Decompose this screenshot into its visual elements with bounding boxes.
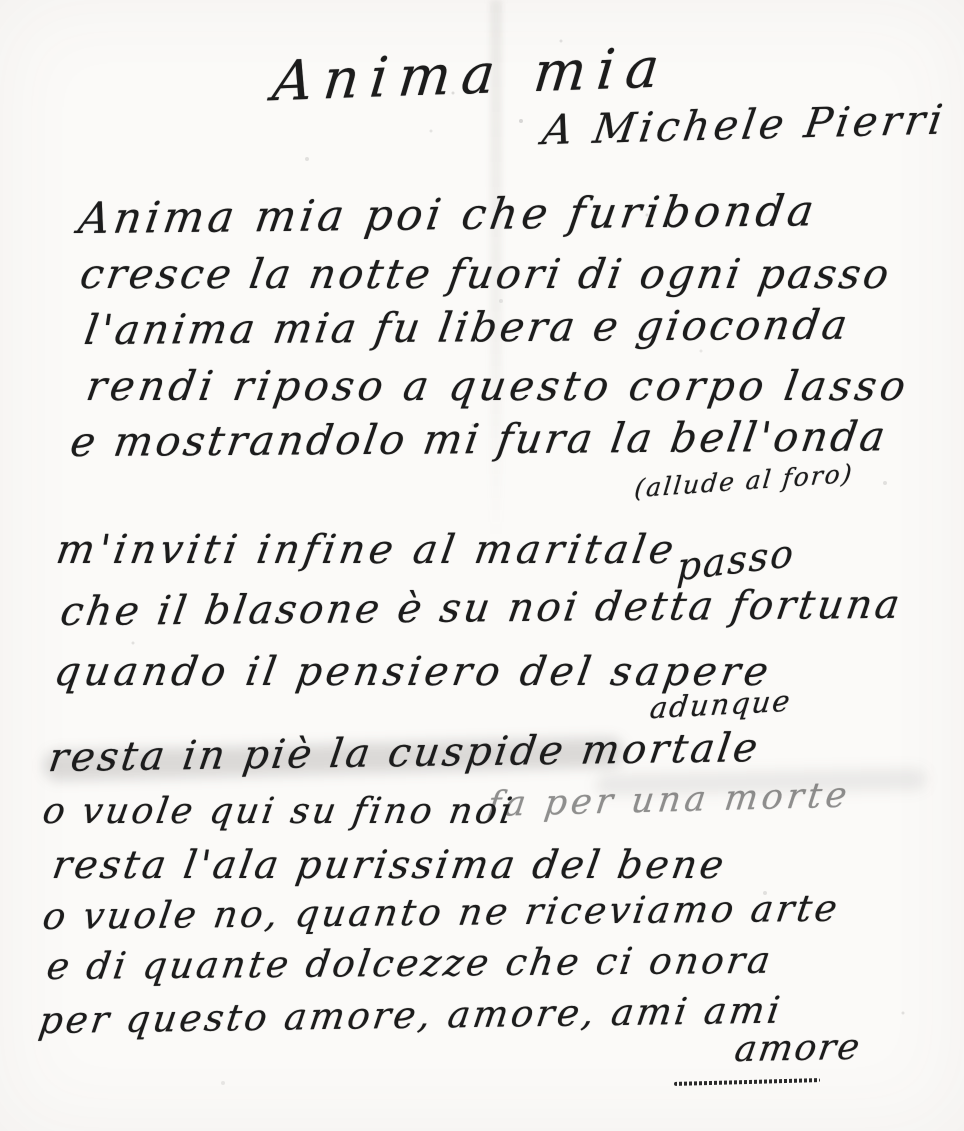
scanned-letter-page: Anima mia A Michele Pierri Anima mia poi… [0,0,964,1131]
poem-line-1: Anima mia poi che furibonda [76,190,821,241]
poem-dedication: A Michele Pierri [540,99,949,151]
poem-line-8: quando il pensiero del sapere [52,652,775,692]
poem-line-2: cresce la notte fuori di ogni passo [78,254,895,295]
inserted-word-adunque: adunque [648,687,793,724]
poem-line-14: per questo amore, amore, ami ami [37,992,785,1039]
poem-line-10: o vuole qui su fino noi [40,794,517,830]
inserted-word-passo: passo [676,534,796,587]
poem-title: Anima mia [270,40,672,109]
scan-noise-speckles [0,0,2,2]
poem-line-4: rendi riposo a questo corpo lasso [84,366,913,407]
poem-line-9-smudged: resta in piè la cuspide mortale [46,728,763,778]
poem-line-11: resta l'ala purissima del bene [50,846,729,885]
closing-word-amore: amore [732,1030,863,1068]
poem-line-5: e mostrandolo mi fura la bell'onda [68,416,891,463]
poem-line-10-faint-fragment: fa per una morte [485,779,852,824]
poem-line-6: m'inviti infine al maritale [54,530,681,570]
poem-line-13: e di quante dolcezze che ci onora [44,942,775,985]
poem-line-3: l'anima mia fu libera e gioconda [82,305,853,351]
poem-line-7: che il blasone è su noi detta fortuna [58,585,905,632]
closing-word-underline [674,1078,820,1086]
poem-line-12: o vuole no, quanto ne riceviamo arte [41,890,843,935]
margin-note: (allude al foro) [633,461,855,502]
